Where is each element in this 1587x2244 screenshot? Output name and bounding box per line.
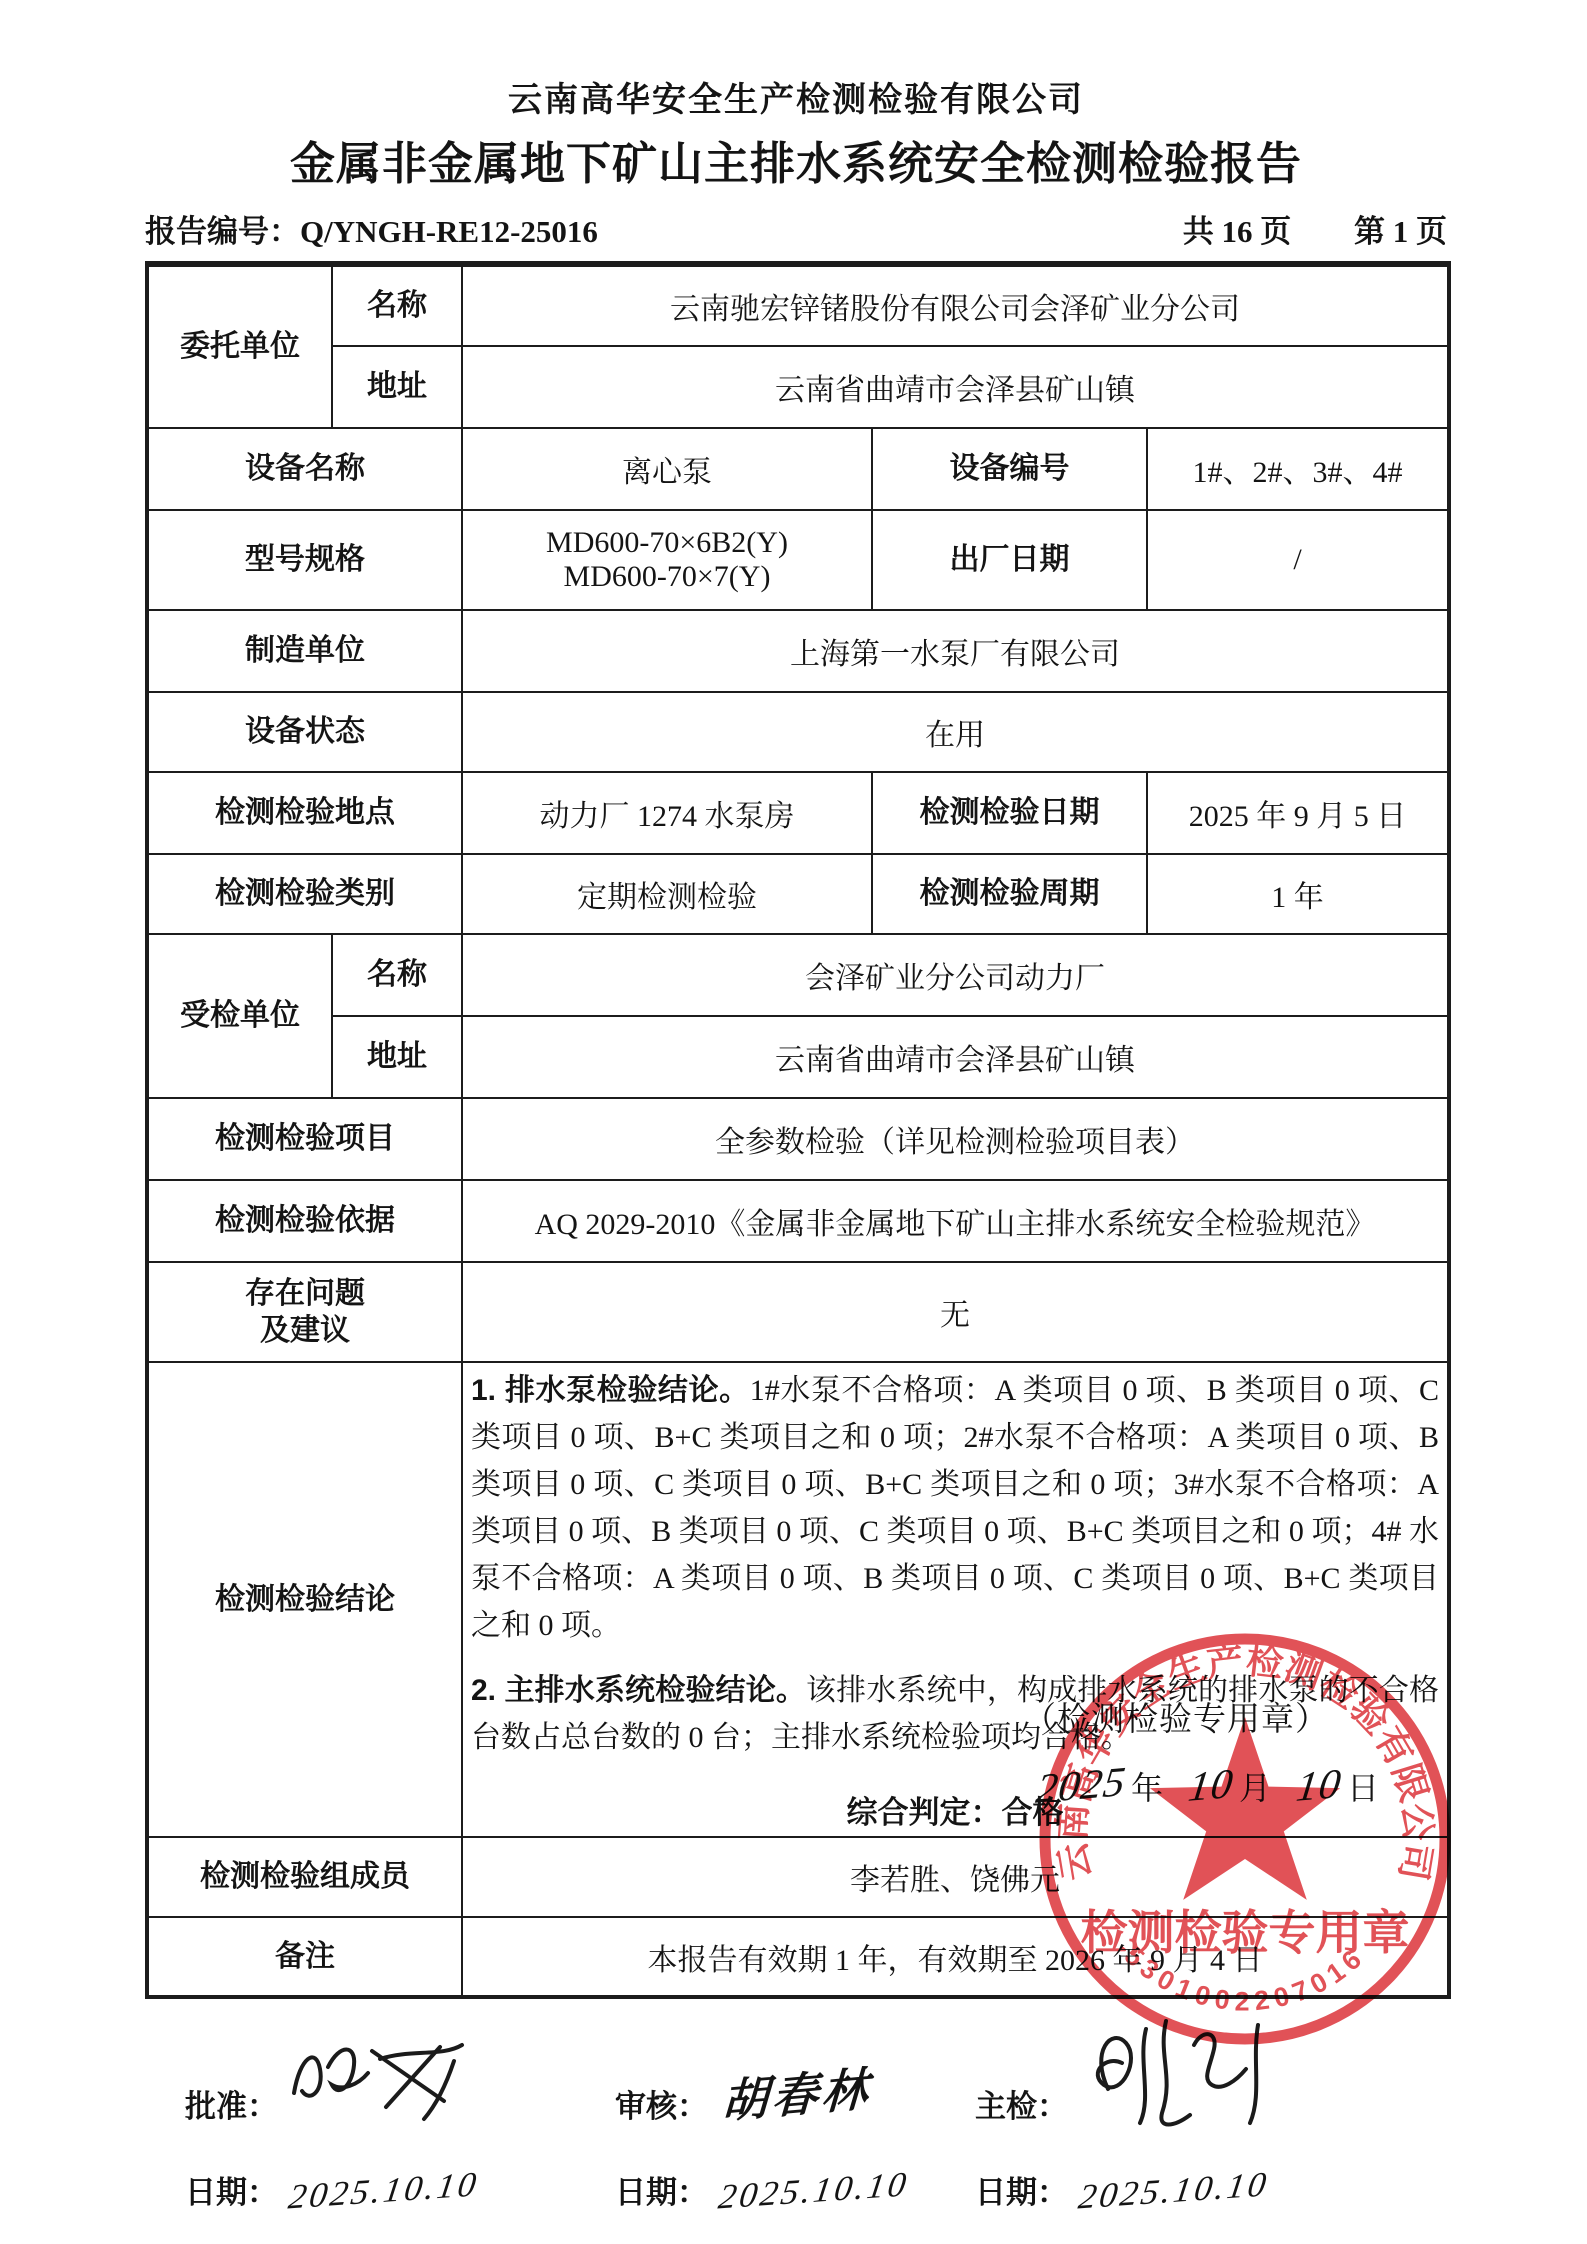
signoff-row: 批准： 日期： 2025.10.10 bbox=[145, 1999, 1447, 2211]
place-value: 动力厂 1274 水泵房 bbox=[462, 772, 872, 854]
row-inspected-addr: 地址 云南省曲靖市会泽县矿山镇 bbox=[147, 1016, 1449, 1098]
review-signature-line: 审核： 胡春林 bbox=[615, 2039, 975, 2125]
seal-date-year: 2025 bbox=[1033, 1758, 1128, 1813]
conclusion-paragraph-1: 1. 排水泵检验结论。1#水泵不合格项：A 类项目 0 项、B 类项目 0 项、… bbox=[471, 1367, 1439, 1649]
mfg-date-value: / bbox=[1147, 510, 1449, 610]
inspected-group-label: 受检单位 bbox=[147, 934, 332, 1098]
page-total: 共 16 页 bbox=[1183, 206, 1292, 251]
inspected-addr-value: 云南省曲靖市会泽县矿山镇 bbox=[462, 1016, 1449, 1098]
inspected-name-value: 会泽矿业分公司动力厂 bbox=[462, 934, 1449, 1016]
row-problems: 存在问题 及建议 无 bbox=[147, 1262, 1449, 1362]
row-basis: 检测检验依据 AQ 2029-2010《金属非金属地下矿山主排水系统安全检验规范… bbox=[147, 1180, 1449, 1262]
seal-date-year-unit: 年 bbox=[1131, 1770, 1169, 1806]
problems-label-line2: 及建议 bbox=[157, 1312, 453, 1350]
basis-value: AQ 2029-2010《金属非金属地下矿山主排水系统安全检验规范》 bbox=[462, 1180, 1449, 1262]
review-label: 审核： bbox=[615, 2088, 708, 2125]
report-page: 云南高华安全生产检测检验有限公司 金属非金属地下矿山主排水系统安全检测检验报告 … bbox=[0, 0, 1587, 2244]
inspection-date-value: 2025 年 9 月 5 日 bbox=[1147, 772, 1449, 854]
report-title: 金属非金属地下矿山主排水系统安全检测检验报告 bbox=[145, 127, 1447, 192]
maker-value: 上海第一水泵厂有限公司 bbox=[462, 610, 1449, 692]
review-date-value: 2025.10.10 bbox=[716, 2165, 912, 2218]
team-members: 李若胜、饶佛元 bbox=[462, 1837, 1449, 1917]
report-table: 委托单位 名称 云南驰宏锌锗股份有限公司会泽矿业分公司 地址 云南省曲靖市会泽县… bbox=[145, 261, 1451, 1999]
row-type: 检测检验类别 定期检测检验 检测检验周期 1 年 bbox=[147, 854, 1449, 934]
review-block: 审核： 胡春林 日期： 2025.10.10 bbox=[615, 2039, 975, 2211]
row-place: 检测检验地点 动力厂 1274 水泵房 检测检验日期 2025 年 9 月 5 … bbox=[147, 772, 1449, 854]
remark-value: 本报告有效期 1 年，有效期至 2026 年 9 月 4 日 bbox=[462, 1917, 1449, 1997]
problems-label: 存在问题 及建议 bbox=[147, 1262, 462, 1362]
approve-signature-line: 批准： bbox=[185, 2039, 615, 2125]
model-line2: MD600-70×7(Y) bbox=[471, 560, 863, 594]
model-line1: MD600-70×6B2(Y) bbox=[471, 526, 863, 560]
row-model: 型号规格 MD600-70×6B2(Y) MD600-70×7(Y) 出厂日期 … bbox=[147, 510, 1449, 610]
mfg-date-label: 出厂日期 bbox=[872, 510, 1147, 610]
remark-label: 备注 bbox=[147, 1917, 462, 1997]
place-label: 检测检验地点 bbox=[147, 772, 462, 854]
maker-label: 制造单位 bbox=[147, 610, 462, 692]
conclusion-p1-body: 1#水泵不合格项：A 类项目 0 项、B 类项目 0 项、C 类项目 0 项、B… bbox=[471, 1374, 1439, 1642]
page-current: 第 1 页 bbox=[1354, 206, 1447, 251]
chief-block: 主检： 日期： 2025.10.10 bbox=[975, 2039, 1447, 2211]
type-value: 定期检测检验 bbox=[462, 854, 872, 934]
row-remark: 备注 本报告有效期 1 年，有效期至 2026 年 9 月 4 日 bbox=[147, 1917, 1449, 1997]
row-inspected-name: 受检单位 名称 会泽矿业分公司动力厂 bbox=[147, 934, 1449, 1016]
chief-date-value: 2025.10.10 bbox=[1076, 2165, 1272, 2218]
approve-date-value: 2025.10.10 bbox=[286, 2165, 482, 2218]
client-group-label: 委托单位 bbox=[147, 264, 332, 428]
report-content: 云南高华安全生产检测检验有限公司 金属非金属地下矿山主排水系统安全检测检验报告 … bbox=[145, 0, 1447, 2211]
chief-label: 主检： bbox=[975, 2088, 1068, 2125]
type-label: 检测检验类别 bbox=[147, 854, 462, 934]
chief-date-line: 日期： 2025.10.10 bbox=[975, 2125, 1447, 2211]
inspected-addr-label: 地址 bbox=[332, 1016, 462, 1098]
client-addr-value: 云南省曲靖市会泽县矿山镇 bbox=[462, 346, 1449, 428]
seal-date-day-unit: 日 bbox=[1347, 1770, 1385, 1806]
problems-value: 无 bbox=[462, 1262, 1449, 1362]
approve-label: 批准： bbox=[185, 2088, 278, 2125]
inspection-date-label: 检测检验日期 bbox=[872, 772, 1147, 854]
items-value: 全参数检验（详见检测检验项目表） bbox=[462, 1098, 1449, 1180]
basis-label: 检测检验依据 bbox=[147, 1180, 462, 1262]
report-number: 报告编号：Q/YNGH-RE12-25016 bbox=[145, 206, 598, 251]
chief-signature-line: 主检： bbox=[975, 2039, 1447, 2125]
report-number-value: Q/YNGH-RE12-25016 bbox=[300, 214, 598, 249]
chief-signature bbox=[1074, 2011, 1304, 2131]
approve-date-label: 日期： bbox=[185, 2174, 278, 2211]
client-addr-label: 地址 bbox=[332, 346, 462, 428]
seal-date-month: 10 bbox=[1186, 1760, 1237, 1812]
row-items: 检测检验项目 全参数检验（详见检测检验项目表） bbox=[147, 1098, 1449, 1180]
row-maker: 制造单位 上海第一水泵厂有限公司 bbox=[147, 610, 1449, 692]
chief-date-label: 日期： bbox=[975, 2174, 1068, 2211]
equipment-name-label: 设备名称 bbox=[147, 428, 462, 510]
status-value: 在用 bbox=[462, 692, 1449, 772]
client-name-label: 名称 bbox=[332, 264, 462, 346]
review-signature: 胡春林 bbox=[721, 2052, 874, 2132]
equipment-no-label: 设备编号 bbox=[872, 428, 1147, 510]
cycle-label: 检测检验周期 bbox=[872, 854, 1147, 934]
organization-name: 云南高华安全生产检测检验有限公司 bbox=[145, 72, 1447, 121]
conclusion-cell: 1. 排水泵检验结论。1#水泵不合格项：A 类项目 0 项、B 类项目 0 项、… bbox=[462, 1362, 1449, 1837]
equipment-name-value: 离心泵 bbox=[462, 428, 872, 510]
model-label: 型号规格 bbox=[147, 510, 462, 610]
row-team: 检测检验组成员 李若胜、饶佛元 bbox=[147, 1837, 1449, 1917]
problems-label-line1: 存在问题 bbox=[157, 1275, 453, 1313]
approve-signature bbox=[284, 2035, 494, 2131]
inspected-name-label: 名称 bbox=[332, 934, 462, 1016]
seal-date-month-unit: 月 bbox=[1239, 1770, 1277, 1806]
row-conclusion: 检测检验结论 1. 排水泵检验结论。1#水泵不合格项：A 类项目 0 项、B 类… bbox=[147, 1362, 1449, 1837]
report-number-label: 报告编号： bbox=[145, 214, 300, 249]
equipment-no-value: 1#、2#、3#、4# bbox=[1147, 428, 1449, 510]
review-date-line: 日期： 2025.10.10 bbox=[615, 2125, 975, 2211]
conclusion-p1-lead: 1. 排水泵检验结论。 bbox=[471, 1374, 750, 1407]
seal-note: （检测检验专用章） bbox=[1023, 1693, 1329, 1740]
row-equipment-name: 设备名称 离心泵 设备编号 1#、2#、3#、4# bbox=[147, 428, 1449, 510]
pagination: 共 16 页 第 1 页 bbox=[1128, 206, 1447, 251]
review-date-label: 日期： bbox=[615, 2174, 708, 2211]
seal-date-day: 10 bbox=[1294, 1760, 1345, 1812]
items-label: 检测检验项目 bbox=[147, 1098, 462, 1180]
status-label: 设备状态 bbox=[147, 692, 462, 772]
model-value: MD600-70×6B2(Y) MD600-70×7(Y) bbox=[462, 510, 872, 610]
report-number-row: 报告编号：Q/YNGH-RE12-25016 共 16 页 第 1 页 bbox=[145, 206, 1447, 251]
seal-date-line: 2025年 10月 10日 bbox=[1031, 1762, 1385, 1810]
cycle-value: 1 年 bbox=[1147, 854, 1449, 934]
conclusion-p2-lead: 2. 主排水系统检验结论。 bbox=[471, 1674, 806, 1707]
row-client-name: 委托单位 名称 云南驰宏锌锗股份有限公司会泽矿业分公司 bbox=[147, 264, 1449, 346]
conclusion-label: 检测检验结论 bbox=[147, 1362, 462, 1837]
client-name-value: 云南驰宏锌锗股份有限公司会泽矿业分公司 bbox=[462, 264, 1449, 346]
team-label: 检测检验组成员 bbox=[147, 1837, 462, 1917]
row-client-addr: 地址 云南省曲靖市会泽县矿山镇 bbox=[147, 346, 1449, 428]
approve-date-line: 日期： 2025.10.10 bbox=[185, 2125, 615, 2211]
row-status: 设备状态 在用 bbox=[147, 692, 1449, 772]
approve-block: 批准： 日期： 2025.10.10 bbox=[185, 2039, 615, 2211]
